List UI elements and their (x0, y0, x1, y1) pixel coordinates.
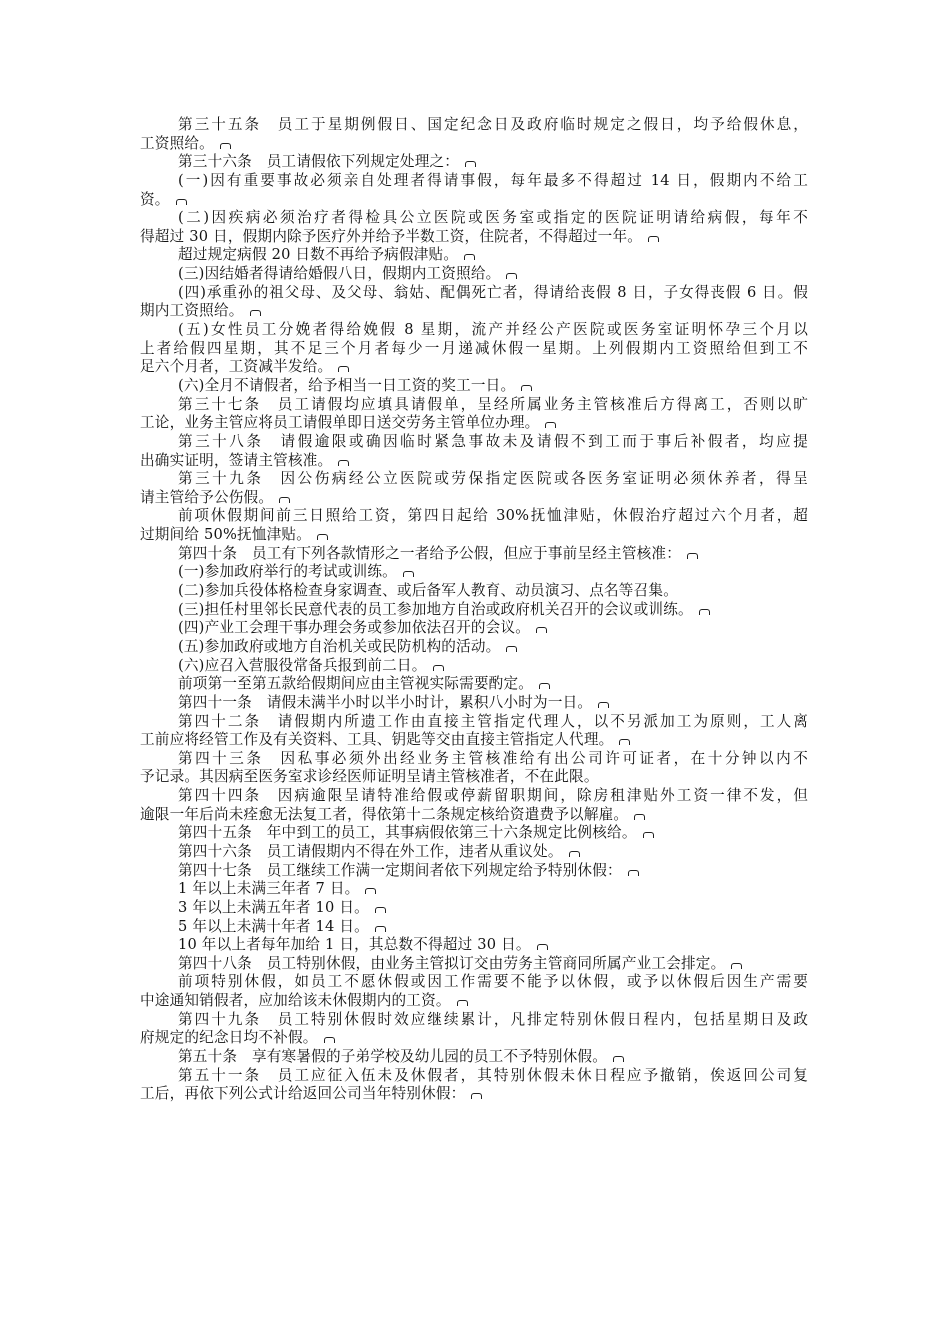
line-text: 得超过 30 日，假期内除予医疗外并给予半数工资，住院者，不得超过一年。 (140, 228, 642, 245)
text-line: (六)应召入营服役常备兵报到前二日。 (140, 657, 808, 676)
paragraph-mark-icon (506, 273, 517, 279)
line-text: 逾限一年后尚未痊愈无法复工者，得依第十二条规定核给资遣费予以解雇。 (140, 806, 628, 823)
line-text: 工后，再依下列公式计给返回公司当年特别休假： (140, 1085, 465, 1102)
line-text: 第四十条 员工有下列各款情形之一者给予公假，但应于事前呈经主管核准： (178, 545, 681, 562)
line-text: 第三十六条 员工请假依下列规定处理之： (178, 153, 459, 170)
text-line: (一)因有重要事故必须亲自处理者得请事假，每年最多不得超过 14 日，假期内不给… (140, 172, 808, 191)
line-text: (三)担任村里邻长民意代表的员工参加地方自治或政府机关召开的会议或训练。 (178, 601, 693, 618)
line-text: 出确实证明，签请主管核准。 (140, 452, 332, 469)
line-text: 第三十五条 员工于星期例假日、国定纪念日及政府临时规定之假日，均予给假休息， (178, 116, 808, 133)
text-line: 足六个月者，工资减半发给。 (140, 358, 808, 377)
line-text: 府规定的纪念日均不补假。 (140, 1029, 318, 1046)
text-line: 第四十一条 请假未满半小时以半小时计，累积八小时为一日。 (140, 694, 808, 713)
text-line: (三)担任村里邻长民意代表的员工参加地方自治或政府机关召开的会议或训练。 (140, 601, 808, 620)
paragraph-mark-icon (521, 385, 532, 391)
text-line: 出确实证明，签请主管核准。 (140, 452, 808, 471)
text-line: (五)参加政府或地方自治机关或民防机构的活动。 (140, 638, 808, 657)
paragraph-mark-icon (598, 702, 609, 708)
text-line: 第三十八条 请假逾限或确因临时紧急事故未及请假不到工而于事后补假者，均应提 (140, 433, 808, 452)
text-line: (二)参加兵役体格检查身家调查、或后备军人教育、动员演习、点名等召集。 (140, 582, 808, 601)
line-text: (五)参加政府或地方自治机关或民防机构的活动。 (178, 638, 500, 655)
line-text: 请主管给予公伤假。 (140, 489, 273, 506)
text-line: (四)产业工会理干事办理会务或参加依法召开的会议。 (140, 619, 808, 638)
paragraph-mark-icon (375, 907, 386, 913)
line-text: 第四十九条 员工特别休假时效应继续累计，凡排定特别休假日程内，包括星期日及政 (178, 1011, 808, 1028)
line-text: 第四十一条 请假未满半小时以半小时计，累积八小时为一日。 (178, 694, 592, 711)
text-line: 第四十七条 员工继续工作满一定期间者依下列规定给予特别休假： (140, 862, 808, 881)
text-line: 期内工资照给。 (140, 302, 808, 321)
line-text: 第四十三条 因私事必须外出经业务主管核准给有出公司许可证者，在十分钟以内不 (178, 750, 808, 767)
paragraph-mark-icon (250, 310, 261, 316)
text-line: 第三十七条 员工请假均应填具请假单，呈经所属业务主管核准后方得离工，否则以旷 (140, 396, 808, 415)
paragraph-mark-icon (471, 1093, 482, 1099)
text-line: 第三十五条 员工于星期例假日、国定纪念日及政府临时规定之假日，均予给假休息， (140, 116, 808, 135)
text-line: 第四十九条 员工特别休假时效应继续累计，凡排定特别休假日程内，包括星期日及政 (140, 1011, 808, 1030)
line-text: 工前应将经管工作及有关资料、工具、钥匙等交由直接主管指定人代理。 (140, 731, 613, 748)
text-line: 第五十条 享有寒暑假的子弟学校及幼儿园的员工不予特别休假。 (140, 1048, 808, 1067)
line-text: 超过规定病假 20 日数不再给予病假津贴。 (178, 246, 458, 263)
line-text: 第三十七条 员工请假均应填具请假单，呈经所属业务主管核准后方得离工，否则以旷 (178, 396, 808, 413)
text-line: (三)因结婚者得请给婚假八日，假期内工资照给。 (140, 265, 808, 284)
line-text: 3 年以上未满五年者 10 日。 (178, 899, 369, 916)
paragraph-mark-icon (465, 161, 476, 167)
text-line: 中途通知销假者，应加给该未休假期内的工资。 (140, 992, 808, 1011)
paragraph-mark-icon (687, 553, 698, 559)
paragraph-mark-icon (317, 534, 328, 540)
text-line: 1 年以上未满三年者 7 日。 (140, 880, 808, 899)
paragraph-mark-icon (545, 422, 556, 428)
text-line: 第四十五条 年中到工的员工，其事病假依第三十六条规定比例核给。 (140, 824, 808, 843)
text-line: (四)承重孙的祖父母、及父母、翁姑、配偶死亡者，得请给丧假 8 日，子女得丧假 … (140, 284, 808, 303)
line-text: 1 年以上未满三年者 7 日。 (178, 880, 359, 897)
paragraph-mark-icon (403, 571, 414, 577)
line-text: 工论，业务主管应将员工请假单即日送交劳务主管单位办理。 (140, 414, 539, 431)
line-text: 10 年以上者每年加给 1 日，其总数不得超过 30 日。 (178, 936, 531, 953)
line-text: (六)全月不请假者，给予相当一日工资的奖工一日。 (178, 377, 515, 394)
text-line: 第四十八条 员工特别休假，由业务主管拟订交由劳务主管商同所属产业工会排定。 (140, 955, 808, 974)
text-line: (二)因疾病必须治疗者得检具公立医院或医务室或指定的医院证明请给病假，每年不 (140, 209, 808, 228)
line-text: 上者给假四星期，其不足三个月者每少一月递减休假一星期。上列假期内工资照给但到工不 (140, 340, 808, 357)
text-line: 前项特别休假，如员工不愿休假或因工作需要不能予以休假，或予以休假后因生产需要 (140, 973, 808, 992)
paragraph-mark-icon (365, 888, 376, 894)
paragraph-mark-icon (464, 254, 475, 260)
line-text: (二)因疾病必须治疗者得检具公立医院或医务室或指定的医院证明请给病假，每年不 (178, 209, 808, 226)
text-line: 前项休假期间前三日照给工资，第四日起给 30%抚恤津贴，休假治疗超过六个月者，超 (140, 507, 808, 526)
text-line: 3 年以上未满五年者 10 日。 (140, 899, 808, 918)
line-text: 第四十七条 员工继续工作满一定期间者依下列规定给予特别休假： (178, 862, 622, 879)
line-text: 第三十九条 因公伤病经公立医院或劳保指定医院或各医务室证明必须休养者，得呈 (178, 470, 808, 487)
text-line: 10 年以上者每年加给 1 日，其总数不得超过 30 日。 (140, 936, 808, 955)
paragraph-mark-icon (539, 683, 550, 689)
line-text: 第五十一条 员工应征入伍未及休假者，其特别休假未休日程应予撤销，俟返回公司复 (178, 1067, 808, 1084)
text-line: 上者给假四星期，其不足三个月者每少一月递减休假一星期。上列假期内工资照给但到工不 (140, 340, 808, 359)
text-line: 工论，业务主管应将员工请假单即日送交劳务主管单位办理。 (140, 414, 808, 433)
text-line: 第四十二条 请假期内所遗工作由直接主管指定代理人，以不另派加工为原则，工人离 (140, 713, 808, 732)
text-line: 予记录。其因病至医务室求诊经医师证明呈请主管核准者，不在此限。 (140, 768, 808, 787)
paragraph-mark-icon (375, 926, 386, 932)
line-text: (一)因有重要事故必须亲自处理者得请事假，每年最多不得超过 14 日，假期内不给… (178, 172, 808, 189)
text-line: 超过规定病假 20 日数不再给予病假津贴。 (140, 246, 808, 265)
text-line: 第四十六条 员工请假期内不得在外工作，违者从重议处。 (140, 843, 808, 862)
line-text: 第四十六条 员工请假期内不得在外工作，违者从重议处。 (178, 843, 563, 860)
text-line: 第三十九条 因公伤病经公立医院或劳保指定医院或各医务室证明必须休养者，得呈 (140, 470, 808, 489)
text-line: 得超过 30 日，假期内除予医疗外并给予半数工资，住院者，不得超过一年。 (140, 228, 808, 247)
text-line: 工前应将经管工作及有关资料、工具、钥匙等交由直接主管指定人代理。 (140, 731, 808, 750)
line-text: 第四十四条 因病逾限呈请特准给假或停薪留职期间，除房租津贴外工资一律不发，但 (178, 787, 808, 804)
line-text: (四)承重孙的祖父母、及父母、翁姑、配偶死亡者，得请给丧假 8 日，子女得丧假 … (178, 284, 808, 301)
text-line: (一)参加政府举行的考试或训练。 (140, 563, 808, 582)
line-text: 过期间给 50%抚恤津贴。 (140, 526, 311, 543)
line-text: 前项休假期间前三日照给工资，第四日起给 30%抚恤津贴，休假治疗超过六个月者，超 (178, 507, 808, 524)
paragraph-mark-icon (457, 1000, 468, 1006)
line-text: 前项特别休假，如员工不愿休假或因工作需要不能予以休假，或予以休假后因生产需要 (178, 973, 808, 990)
text-line: 工资照给。 (140, 135, 808, 154)
text-line: (五)女性员工分娩者得给娩假 8 星期，流产并经公产医院或医务室证明怀孕三个月以 (140, 321, 808, 340)
text-line: 第三十六条 员工请假依下列规定处理之： (140, 153, 808, 172)
line-text: 前项第一至第五款给假期间应由主管视实际需要酌定。 (178, 675, 533, 692)
paragraph-mark-icon (506, 646, 517, 652)
paragraph-mark-icon (220, 143, 231, 149)
paragraph-mark-icon (731, 963, 742, 969)
paragraph-mark-icon (537, 944, 548, 950)
text-line: (六)全月不请假者，给予相当一日工资的奖工一日。 (140, 377, 808, 396)
text-line: 第四十三条 因私事必须外出经业务主管核准给有出公司许可证者，在十分钟以内不 (140, 750, 808, 769)
paragraph-mark-icon (176, 199, 187, 205)
line-text: 期内工资照给。 (140, 302, 244, 319)
line-text: (五)女性员工分娩者得给娩假 8 星期，流产并经公产医院或医务室证明怀孕三个月以 (178, 321, 808, 338)
paragraph-mark-icon (634, 814, 645, 820)
text-line: 府规定的纪念日均不补假。 (140, 1029, 808, 1048)
text-line: 逾限一年后尚未痊愈无法复工者，得依第十二条规定核给资遣费予以解雇。 (140, 806, 808, 825)
paragraph-mark-icon (338, 366, 349, 372)
paragraph-mark-icon (338, 460, 349, 466)
paragraph-mark-icon (279, 497, 290, 503)
line-text: (四)产业工会理干事办理会务或参加依法召开的会议。 (178, 619, 530, 636)
text-line: 第五十一条 员工应征入伍未及休假者，其特别休假未休日程应予撤销，俟返回公司复 (140, 1067, 808, 1086)
line-text: 第三十八条 请假逾限或确因临时紧急事故未及请假不到工而于事后补假者，均应提 (178, 433, 808, 450)
line-text: 予记录。其因病至医务室求诊经医师证明呈请主管核准者，不在此限。 (140, 768, 599, 785)
paragraph-mark-icon (536, 627, 547, 633)
text-line: 请主管给予公伤假。 (140, 489, 808, 508)
line-text: (二)参加兵役体格检查身家调查、或后备军人教育、动员演习、点名等召集。 (178, 582, 678, 599)
line-text: 第五十条 享有寒暑假的子弟学校及幼儿园的员工不予特别休假。 (178, 1048, 607, 1065)
text-line: 资。 (140, 191, 808, 210)
paragraph-mark-icon (643, 832, 654, 838)
paragraph-mark-icon (433, 665, 444, 671)
line-text: (一)参加政府举行的考试或训练。 (178, 563, 397, 580)
text-line: 5 年以上未满十年者 14 日。 (140, 918, 808, 937)
line-text: 5 年以上未满十年者 14 日。 (178, 918, 369, 935)
line-text: (六)应召入营服役常备兵报到前二日。 (178, 657, 427, 674)
paragraph-mark-icon (324, 1037, 335, 1043)
paragraph-mark-icon (613, 1056, 624, 1062)
paragraph-mark-icon (569, 851, 580, 857)
text-line: 过期间给 50%抚恤津贴。 (140, 526, 808, 545)
line-text: 第四十八条 员工特别休假，由业务主管拟订交由劳务主管商同所属产业工会排定。 (178, 955, 725, 972)
text-line: 前项第一至第五款给假期间应由主管视实际需要酌定。 (140, 675, 808, 694)
line-text: 工资照给。 (140, 135, 214, 152)
text-line: 第四十四条 因病逾限呈请特准给假或停薪留职期间，除房租津贴外工资一律不发，但 (140, 787, 808, 806)
line-text: 资。 (140, 191, 170, 208)
line-text: 足六个月者，工资减半发给。 (140, 358, 332, 375)
document-page: 第三十五条 员工于星期例假日、国定纪念日及政府临时规定之假日，均予给假休息，工资… (140, 116, 808, 1104)
paragraph-mark-icon (648, 236, 659, 242)
text-line: 第四十条 员工有下列各款情形之一者给予公假，但应于事前呈经主管核准： (140, 545, 808, 564)
paragraph-mark-icon (619, 739, 630, 745)
text-line: 工后，再依下列公式计给返回公司当年特别休假： (140, 1085, 808, 1104)
line-text: (三)因结婚者得请给婚假八日，假期内工资照给。 (178, 265, 500, 282)
line-text: 第四十二条 请假期内所遗工作由直接主管指定代理人，以不另派加工为原则，工人离 (178, 713, 808, 730)
paragraph-mark-icon (699, 609, 710, 615)
line-text: 中途通知销假者，应加给该未休假期内的工资。 (140, 992, 451, 1009)
paragraph-mark-icon (628, 870, 639, 876)
line-text: 第四十五条 年中到工的员工，其事病假依第三十六条规定比例核给。 (178, 824, 637, 841)
